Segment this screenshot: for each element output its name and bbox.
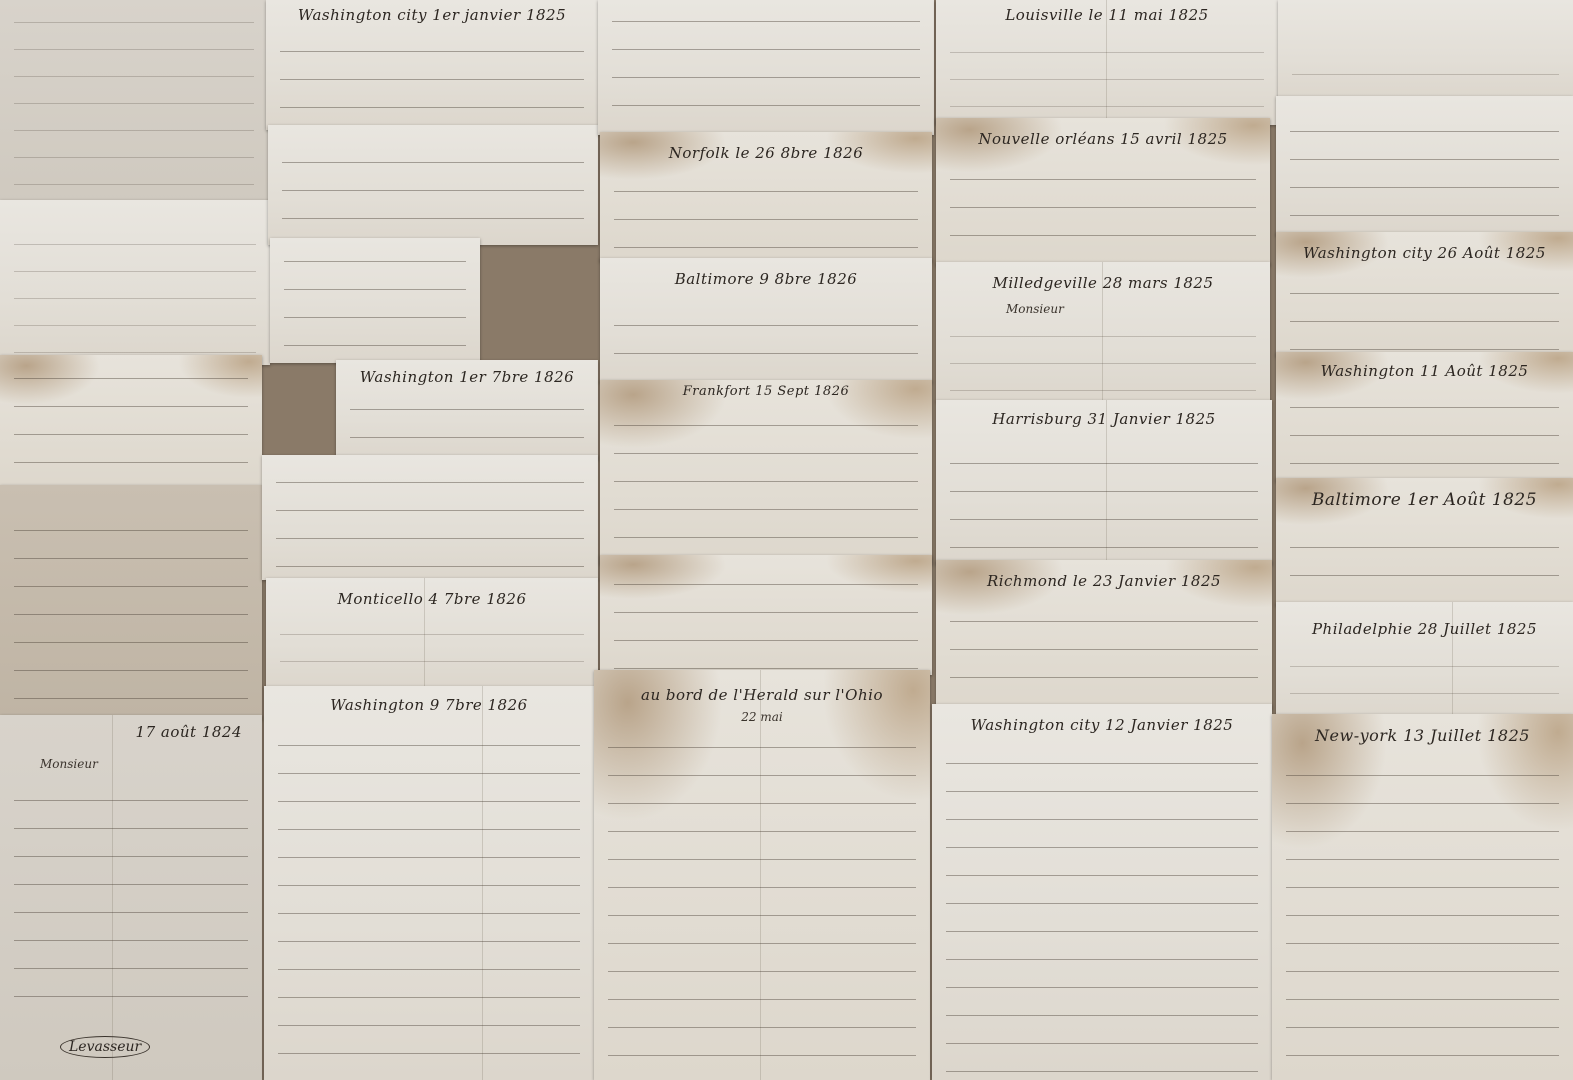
letter-sheet: Monticello 4 7bre 1826 (266, 578, 598, 688)
letter-sheet (262, 455, 598, 580)
handwritten-lines (614, 569, 918, 669)
letter-sheet (270, 238, 480, 363)
letter-place-date: Washington 9 7bre 1826 (264, 696, 594, 714)
letter-sheet: Philadelphie 28 Juillet 1825 (1276, 602, 1573, 720)
letter-sheet: Harrisburg 31 Janvier 1825 (936, 400, 1272, 565)
handwritten-lines (14, 230, 256, 359)
letter-place-date: Washington 1er 7bre 1826 (336, 368, 598, 386)
handwritten-lines (280, 620, 584, 682)
letter-place-date: Norfolk le 26 8bre 1826 (600, 144, 932, 162)
letter-place-date: Richmond le 23 Janvier 1825 (936, 572, 1272, 590)
letter-sheet (0, 485, 262, 720)
letter-place-date: Philadelphie 28 Juillet 1825 (1276, 620, 1573, 638)
handwritten-lines (280, 36, 584, 124)
letter-sheet: Milledgeville 28 mars 1825 Monsieur (936, 262, 1270, 402)
letter-sheet: Nouvelle orléans 15 avril 1825 (936, 118, 1270, 266)
letter-sheet: Norfolk le 26 8bre 1826 (600, 132, 932, 262)
letter-place-date: New-york 13 Juillet 1825 (1272, 726, 1573, 745)
letter-sheet (600, 555, 932, 675)
handwritten-lines (1290, 652, 1559, 714)
handwritten-lines (950, 448, 1258, 559)
letter-place-date: Washington city 26 Août 1825 (1276, 244, 1573, 262)
handwritten-lines (950, 606, 1258, 704)
letter-sheet: Washington 9 7bre 1826 (264, 686, 594, 1080)
handwritten-lines (1290, 532, 1559, 600)
letter-date: 17 août 1824 (0, 723, 262, 741)
letter-place-date: Harrisburg 31 Janvier 1825 (936, 410, 1272, 428)
letter-sheet: Washington 11 Août 1825 (1276, 352, 1573, 482)
handwritten-lines (612, 6, 920, 129)
letter-sheet: Louisville le 11 mai 1825 (936, 0, 1278, 125)
handwritten-lines (278, 730, 580, 1074)
letter-sheet (1278, 0, 1573, 100)
letter-place-date: Frankfort 15 Sept 1826 (600, 384, 932, 399)
handwritten-lines (614, 310, 918, 377)
handwritten-lines (950, 322, 1256, 396)
letter-sheet (1276, 96, 1573, 236)
letter-salutation: Monsieur (40, 757, 262, 771)
letter-signature: Levasseur (60, 1036, 150, 1058)
handwritten-lines (950, 38, 1264, 119)
letter-sheet: Washington city 1er janvier 1825 (266, 0, 598, 130)
letter-place-date: Baltimore 9 8bre 1826 (600, 270, 932, 288)
letter-sheet: Baltimore 1er Août 1825 (1276, 478, 1573, 606)
handwritten-lines (608, 732, 916, 1074)
letter-sheet: Richmond le 23 Janvier 1825 (936, 560, 1272, 710)
letter-sheet: New-york 13 Juillet 1825 (1272, 714, 1573, 1080)
handwritten-lines (276, 467, 584, 574)
handwritten-lines (1292, 60, 1559, 94)
handwritten-lines (350, 394, 584, 454)
letter-place-date: Monticello 4 7bre 1826 (266, 590, 598, 608)
letter-place-date: Washington city 12 Janvier 1825 (932, 716, 1272, 734)
handwritten-lines (1290, 278, 1559, 351)
letter-sheet (0, 200, 270, 365)
letter-place-date: Washington 11 Août 1825 (1276, 362, 1573, 380)
letter-salutation: Monsieur (1006, 302, 1270, 316)
letter-sheet (598, 0, 934, 135)
letter-sheet: Frankfort 15 Sept 1826 (600, 380, 932, 565)
handwritten-lines (614, 176, 918, 256)
letter-place-date: Louisville le 11 mai 1825 (936, 6, 1278, 24)
letter-sheet: au bord de l'Herald sur l'Ohio 22 mai (594, 670, 930, 1080)
handwritten-lines (1290, 392, 1559, 476)
handwritten-lines (1286, 760, 1559, 1074)
letter-place-date: Nouvelle orléans 15 avril 1825 (936, 130, 1270, 148)
letter-sheet: Washington 1er 7bre 1826 (336, 360, 598, 460)
handwritten-lines (282, 147, 584, 239)
letter-sheet: Baltimore 9 8bre 1826 (600, 258, 932, 383)
letter-sheet (0, 0, 268, 205)
handwritten-lines (284, 246, 466, 357)
handwritten-lines (1290, 116, 1559, 230)
handwritten-lines (946, 748, 1258, 1074)
letter-sheet: Washington city 26 Août 1825 (1276, 232, 1573, 357)
handwritten-lines (950, 164, 1256, 260)
handwritten-lines (14, 363, 248, 484)
letter-subline: 22 mai (594, 710, 930, 724)
handwritten-lines (14, 785, 248, 1020)
letter-sheet: 17 août 1824 Monsieur Levasseur (0, 715, 262, 1080)
handwritten-lines (14, 515, 248, 714)
letter-place-date: Milledgeville 28 mars 1825 (936, 274, 1270, 292)
handwritten-lines (14, 8, 254, 199)
letter-sheet (268, 125, 598, 245)
handwritten-lines (614, 410, 918, 559)
letter-sheet (0, 355, 262, 490)
letter-place-date: Baltimore 1er Août 1825 (1276, 490, 1573, 510)
letter-place-date: au bord de l'Herald sur l'Ohio (594, 686, 930, 704)
letter-place-date: Washington city 1er janvier 1825 (266, 6, 598, 24)
letter-sheet: Washington city 12 Janvier 1825 (932, 704, 1272, 1080)
